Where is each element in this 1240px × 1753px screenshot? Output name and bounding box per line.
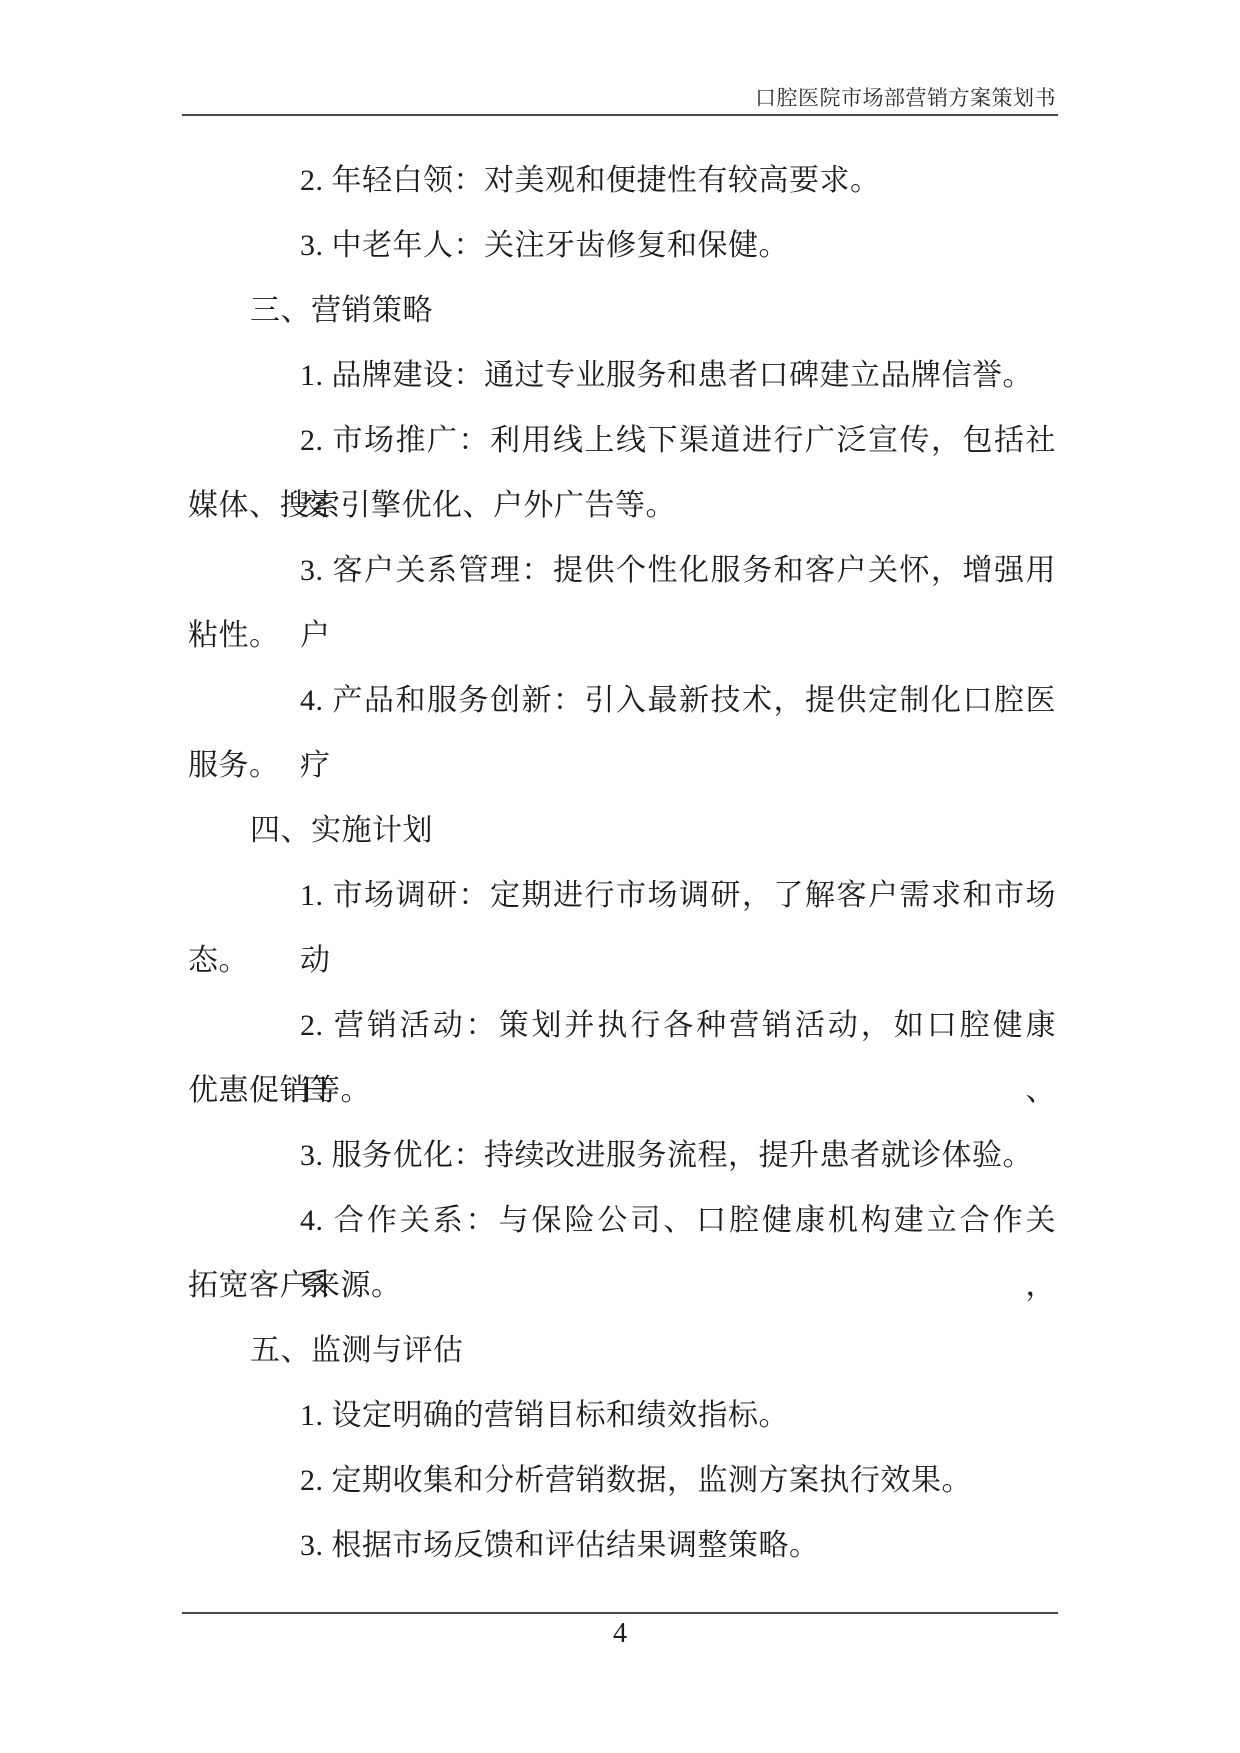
body-line: 3. 服务优化：持续改进服务流程，提升患者就诊体验。 [188,1123,1056,1188]
document-page: 口腔医院市场部营销方案策划书 2. 年轻白领：对美观和便捷性有较高要求。3. 中… [0,0,1240,1753]
body-line: 3. 根据市场反馈和评估结果调整策略。 [188,1513,1056,1578]
body-line: 3. 中老年人：关注牙齿修复和保健。 [188,213,1056,278]
body-line: 1. 设定明确的营销目标和绩效指标。 [188,1383,1056,1448]
footer-rule [182,1612,1058,1614]
body-line: 媒体、搜索引擎优化、户外广告等。 [188,473,1056,538]
page-number: 4 [182,1616,1058,1652]
body-line: 1. 品牌建设：通过专业服务和患者口碑建立品牌信誉。 [188,343,1056,408]
body-line: 2. 年轻白领：对美观和便捷性有较高要求。 [188,148,1056,213]
body-line: 2. 营销活动：策划并执行各种营销活动，如口腔健康日、 [188,993,1056,1058]
header-rule [182,114,1058,116]
section-heading: 四、实施计划 [188,798,1056,863]
section-heading: 三、营销策略 [188,278,1056,343]
document-body: 2. 年轻白领：对美观和便捷性有较高要求。3. 中老年人：关注牙齿修复和保健。三… [188,148,1056,1578]
body-line: 4. 合作关系：与保险公司、口腔健康机构建立合作关系， [188,1188,1056,1253]
body-line: 2. 定期收集和分析营销数据，监测方案执行效果。 [188,1448,1056,1513]
header-title: 口腔医院市场部营销方案策划书 [755,86,1056,110]
section-heading: 五、监测与评估 [188,1318,1056,1383]
body-line: 4. 产品和服务创新：引入最新技术，提供定制化口腔医疗 [188,668,1056,733]
body-line: 2. 市场推广：利用线上线下渠道进行广泛宣传，包括社交 [188,408,1056,473]
body-line: 1. 市场调研：定期进行市场调研，了解客户需求和市场动 [188,863,1056,928]
body-line: 3. 客户关系管理：提供个性化服务和客户关怀，增强用户 [188,538,1056,603]
